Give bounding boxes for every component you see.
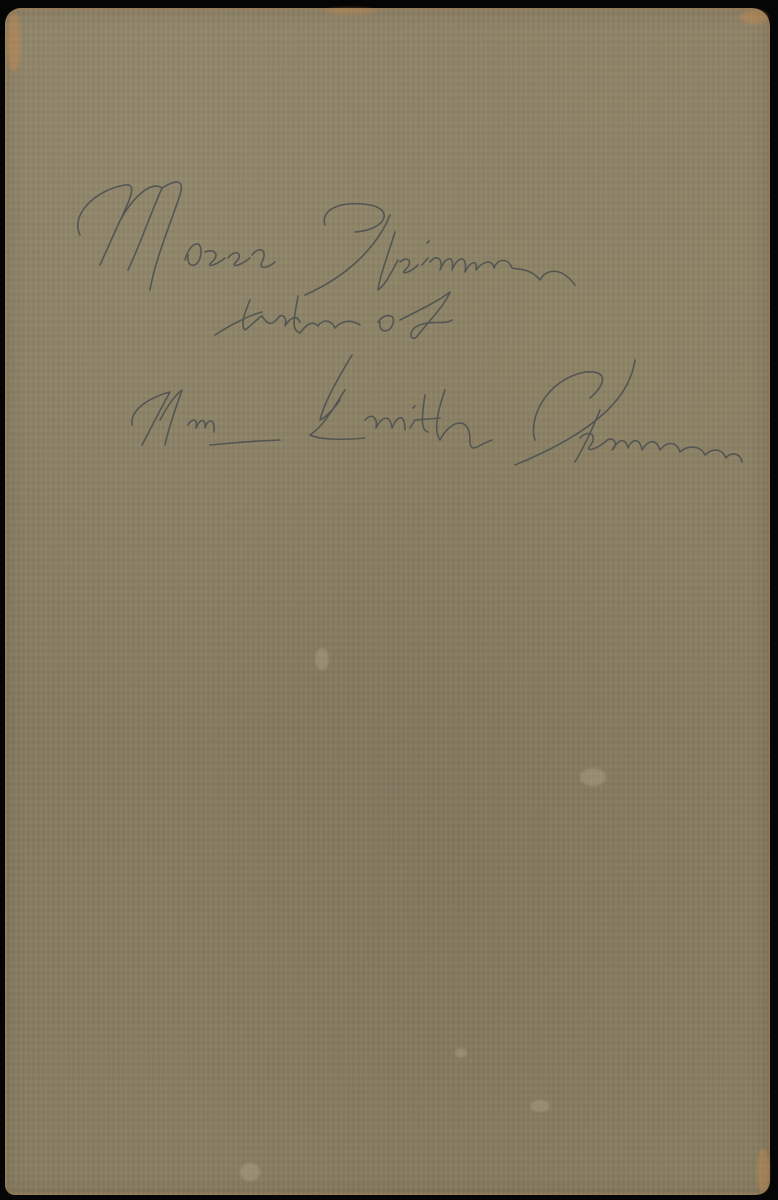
inscription-line-1: Moses Heiman — [0, 0, 1, 1]
scan-background: Moses Heiman brother of Wm Smith Heiman — [0, 0, 778, 1200]
inscription-transcription: Moses Heiman brother of Wm Smith Heiman — [0, 0, 1, 1]
photo-card-back — [5, 8, 770, 1195]
stain-spot — [455, 1048, 467, 1058]
edge-wear-top-left — [7, 12, 21, 72]
edge-wear-top-center — [325, 8, 375, 14]
stain-spot — [580, 768, 606, 786]
stain-spot — [240, 1163, 260, 1181]
edge-wear-bottom-right — [757, 1148, 769, 1193]
stain-spot — [530, 1100, 550, 1112]
edge-wear-top-right — [740, 10, 768, 24]
stain-spot — [315, 648, 329, 670]
